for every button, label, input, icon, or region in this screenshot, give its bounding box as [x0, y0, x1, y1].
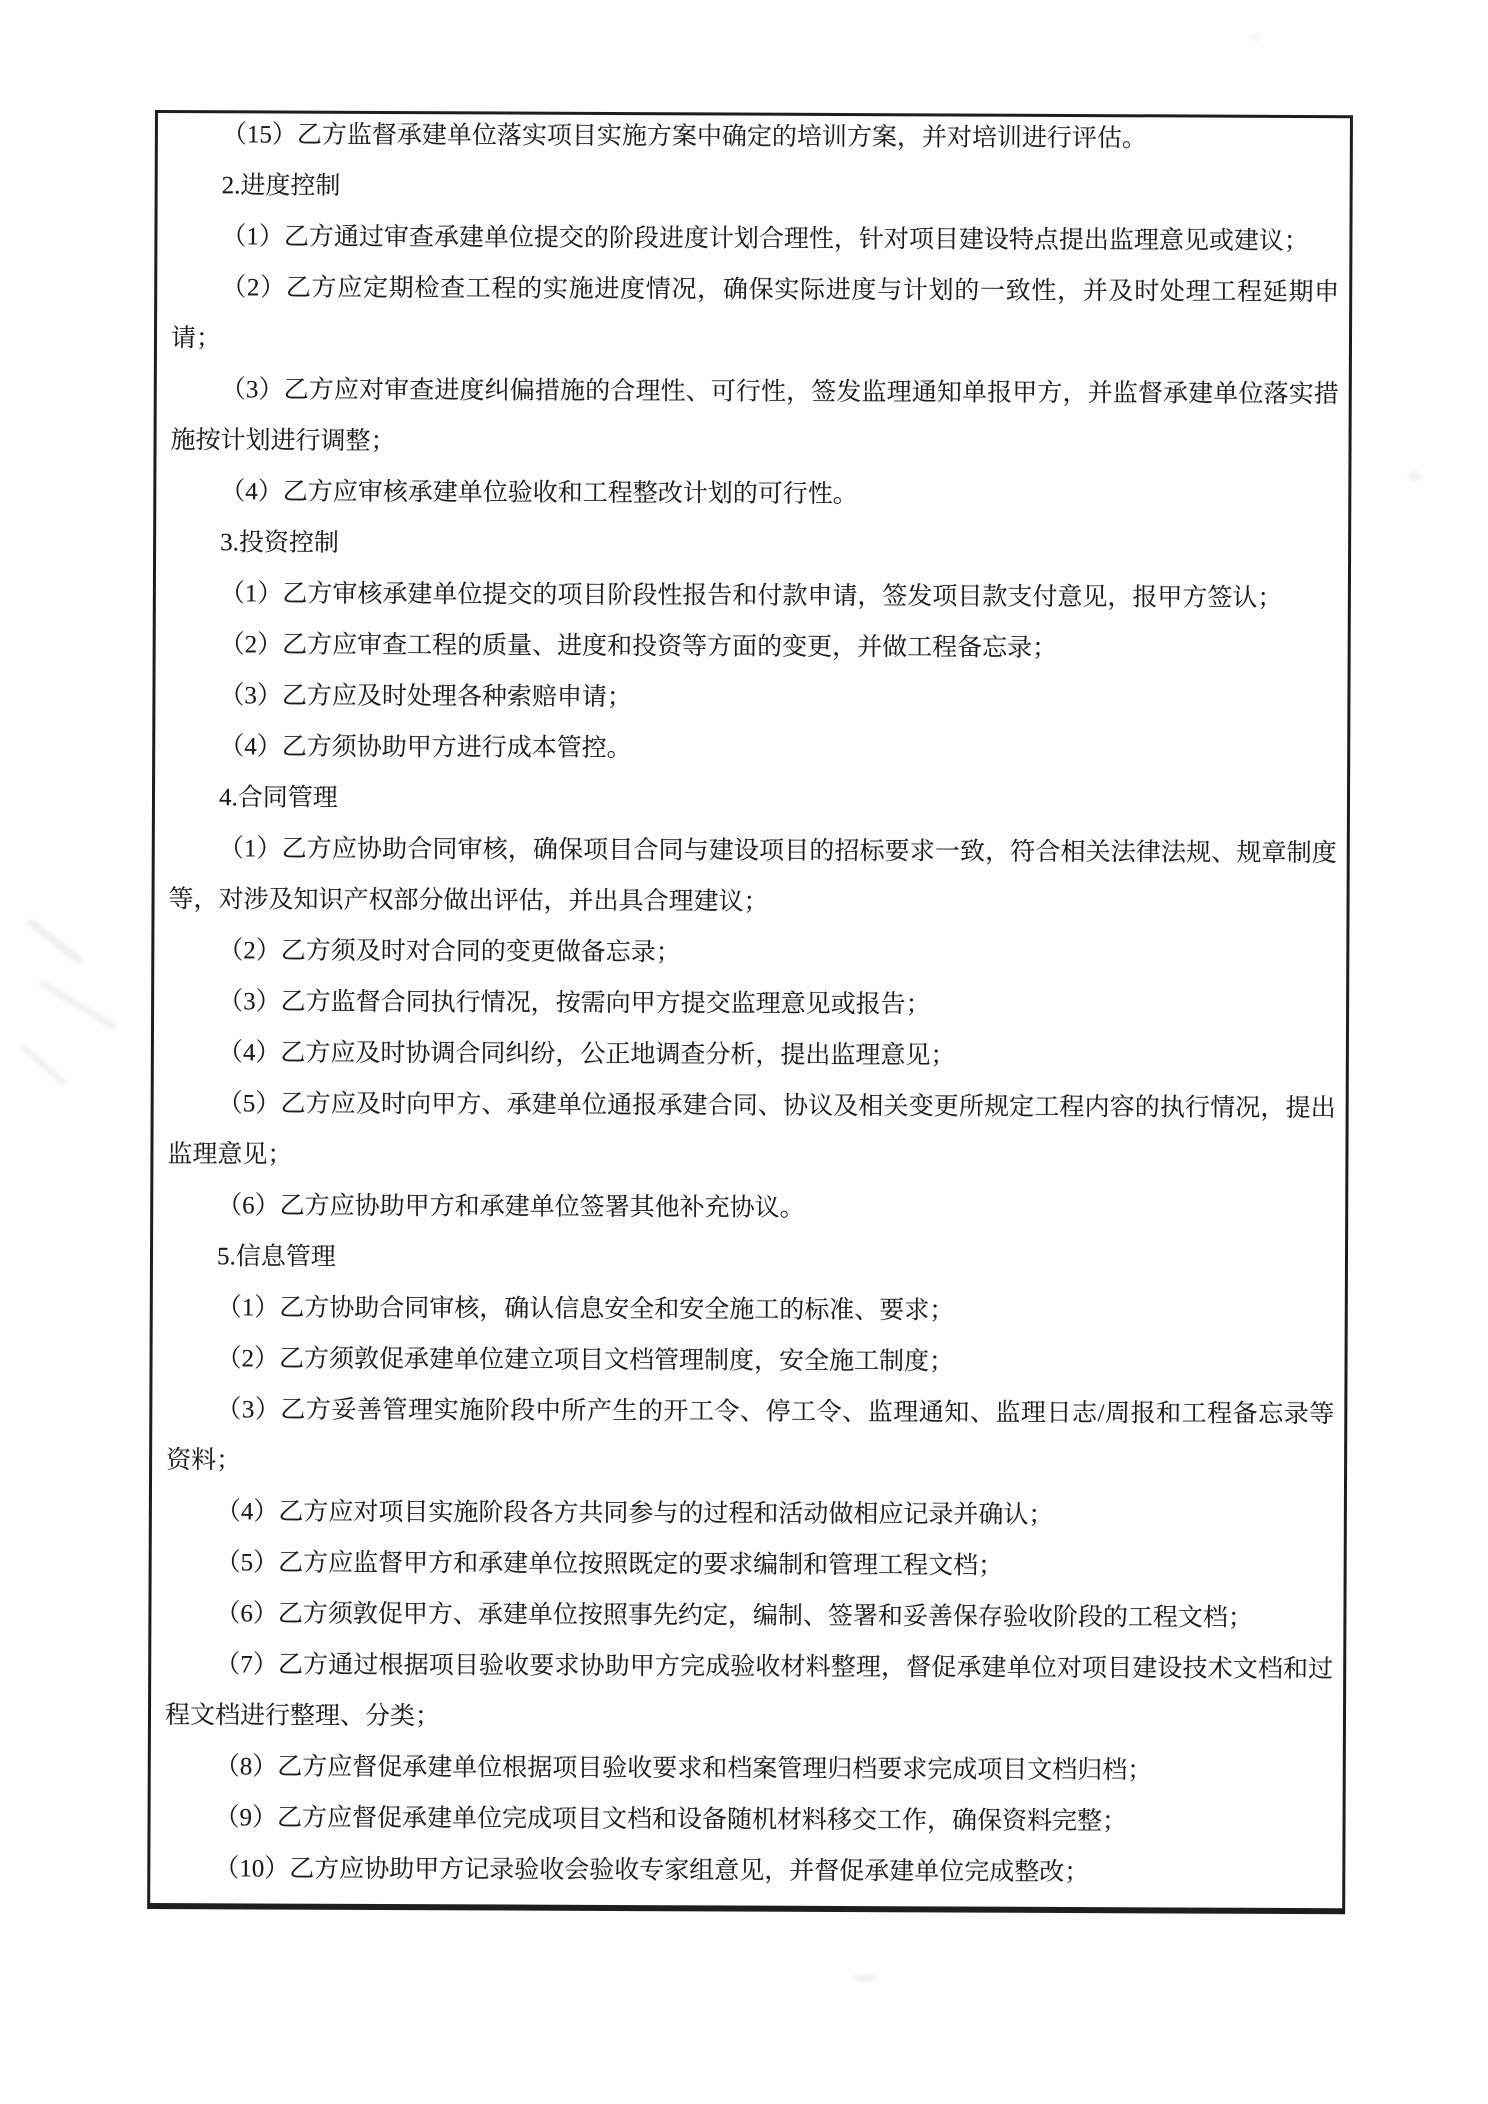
clause-item: （2）乙方须敦促承建单位建立项目文档管理制度，安全施工制度； — [166, 1333, 1334, 1389]
clause-item: （9）乙方应督促承建单位完成项目文档和设备随机材料移交工作，确保资料完整； — [164, 1792, 1332, 1848]
section-heading: 4.合同管理 — [169, 772, 1337, 828]
scan-smudge — [39, 980, 118, 1030]
clause-item: （1）乙方通过审查承建单位提交的阶段进度计划合理性，针对项目建设特点提出监理意见… — [171, 211, 1339, 267]
clause-item: （1）乙方应协助合同审核，确保项目合同与建设项目的招标要求一致，符合相关法律法规… — [168, 823, 1336, 930]
clause-item: （4）乙方须协助甲方进行成本管控。 — [169, 721, 1337, 777]
section-heading: 2.进度控制 — [172, 160, 1340, 216]
clause-item: （1）乙方协助合同审核，确认信息安全和安全施工的标准、要求； — [167, 1282, 1335, 1338]
scan-smudge — [1408, 472, 1421, 481]
clause-item: （3）乙方监督合同执行情况，按需向甲方提交监理意见或报告； — [168, 976, 1336, 1032]
document-page: （15）乙方监督承建单位落实项目实施方案中确定的培训方案，并对培训进行评估。 2… — [0, 0, 1488, 2104]
clause-item: （3）乙方应对审查进度纠偏措施的合理性、可行性，签发监理通知单报甲方，并监督承建… — [170, 364, 1338, 471]
clause-item: （4）乙方应对项目实施阶段各方共同参与的过程和活动做相应记录并确认； — [166, 1486, 1334, 1542]
section-heading: 5.信息管理 — [167, 1231, 1335, 1287]
scan-smudge — [1250, 34, 1260, 40]
clause-item: （15）乙方监督承建单位落实项目实施方案中确定的培训方案，并对培训进行评估。 — [172, 109, 1340, 165]
clause-item: （3）乙方应及时处理各种索赔申请； — [169, 670, 1337, 726]
clause-item: （4）乙方应及时协调合同纠纷，公正地调查分析，提出监理意见； — [168, 1027, 1336, 1083]
section-heading: 3.投资控制 — [170, 517, 1338, 573]
clause-item: （10）乙方应协助甲方记录验收会验收专家组意见，并督促承建单位完成整改； — [164, 1843, 1332, 1899]
clause-item: （6）乙方须敦促甲方、承建单位按照事先约定，编制、签署和妥善保存验收阶段的工程文… — [165, 1588, 1333, 1644]
clause-item: （7）乙方通过根据项目验收要求协助甲方完成验收材料整理，督促承建单位对项目建设技… — [165, 1639, 1333, 1746]
clause-item: （2）乙方应定期检查工程的实施进度情况，确保实际进度与计划的一致性，并及时处理工… — [171, 262, 1339, 369]
clause-item: （1）乙方审核承建单位提交的项目阶段性报告和付款申请，签发项目款支付意见，报甲方… — [170, 568, 1338, 624]
scan-smudge — [27, 918, 83, 964]
clause-item: （2）乙方应审查工程的质量、进度和投资等方面的变更，并做工程备忘录； — [170, 619, 1338, 675]
clause-item: （5）乙方应及时向甲方、承建单位通报承建合同、协议及相关变更所规定工程内容的执行… — [167, 1078, 1335, 1185]
clause-item: （3）乙方妥善管理实施阶段中所产生的开工令、停工令、监理通知、监理日志/周报和工… — [166, 1384, 1334, 1491]
table-cell-border: （15）乙方监督承建单位落实项目实施方案中确定的培训方案，并对培训进行评估。 2… — [147, 110, 1353, 1914]
clause-item: （2）乙方须及时对合同的变更做备忘录； — [168, 925, 1336, 981]
scan-smudge — [852, 1974, 878, 1982]
clause-item: （8）乙方应督促承建单位根据项目验收要求和档案管理归档要求完成项目文档归档； — [165, 1741, 1333, 1797]
clause-item: （4）乙方应审核承建单位验收和工程整改计划的可行性。 — [170, 466, 1338, 522]
clause-item: （6）乙方应协助甲方和承建单位签署其他补充协议。 — [167, 1180, 1335, 1236]
clause-item: （5）乙方应监督甲方和承建单位按照既定的要求编制和管理工程文档； — [166, 1537, 1334, 1593]
scan-smudge — [20, 1043, 66, 1086]
clause-text-block: （15）乙方监督承建单位落实项目实施方案中确定的培训方案，并对培训进行评估。 2… — [164, 109, 1340, 1899]
